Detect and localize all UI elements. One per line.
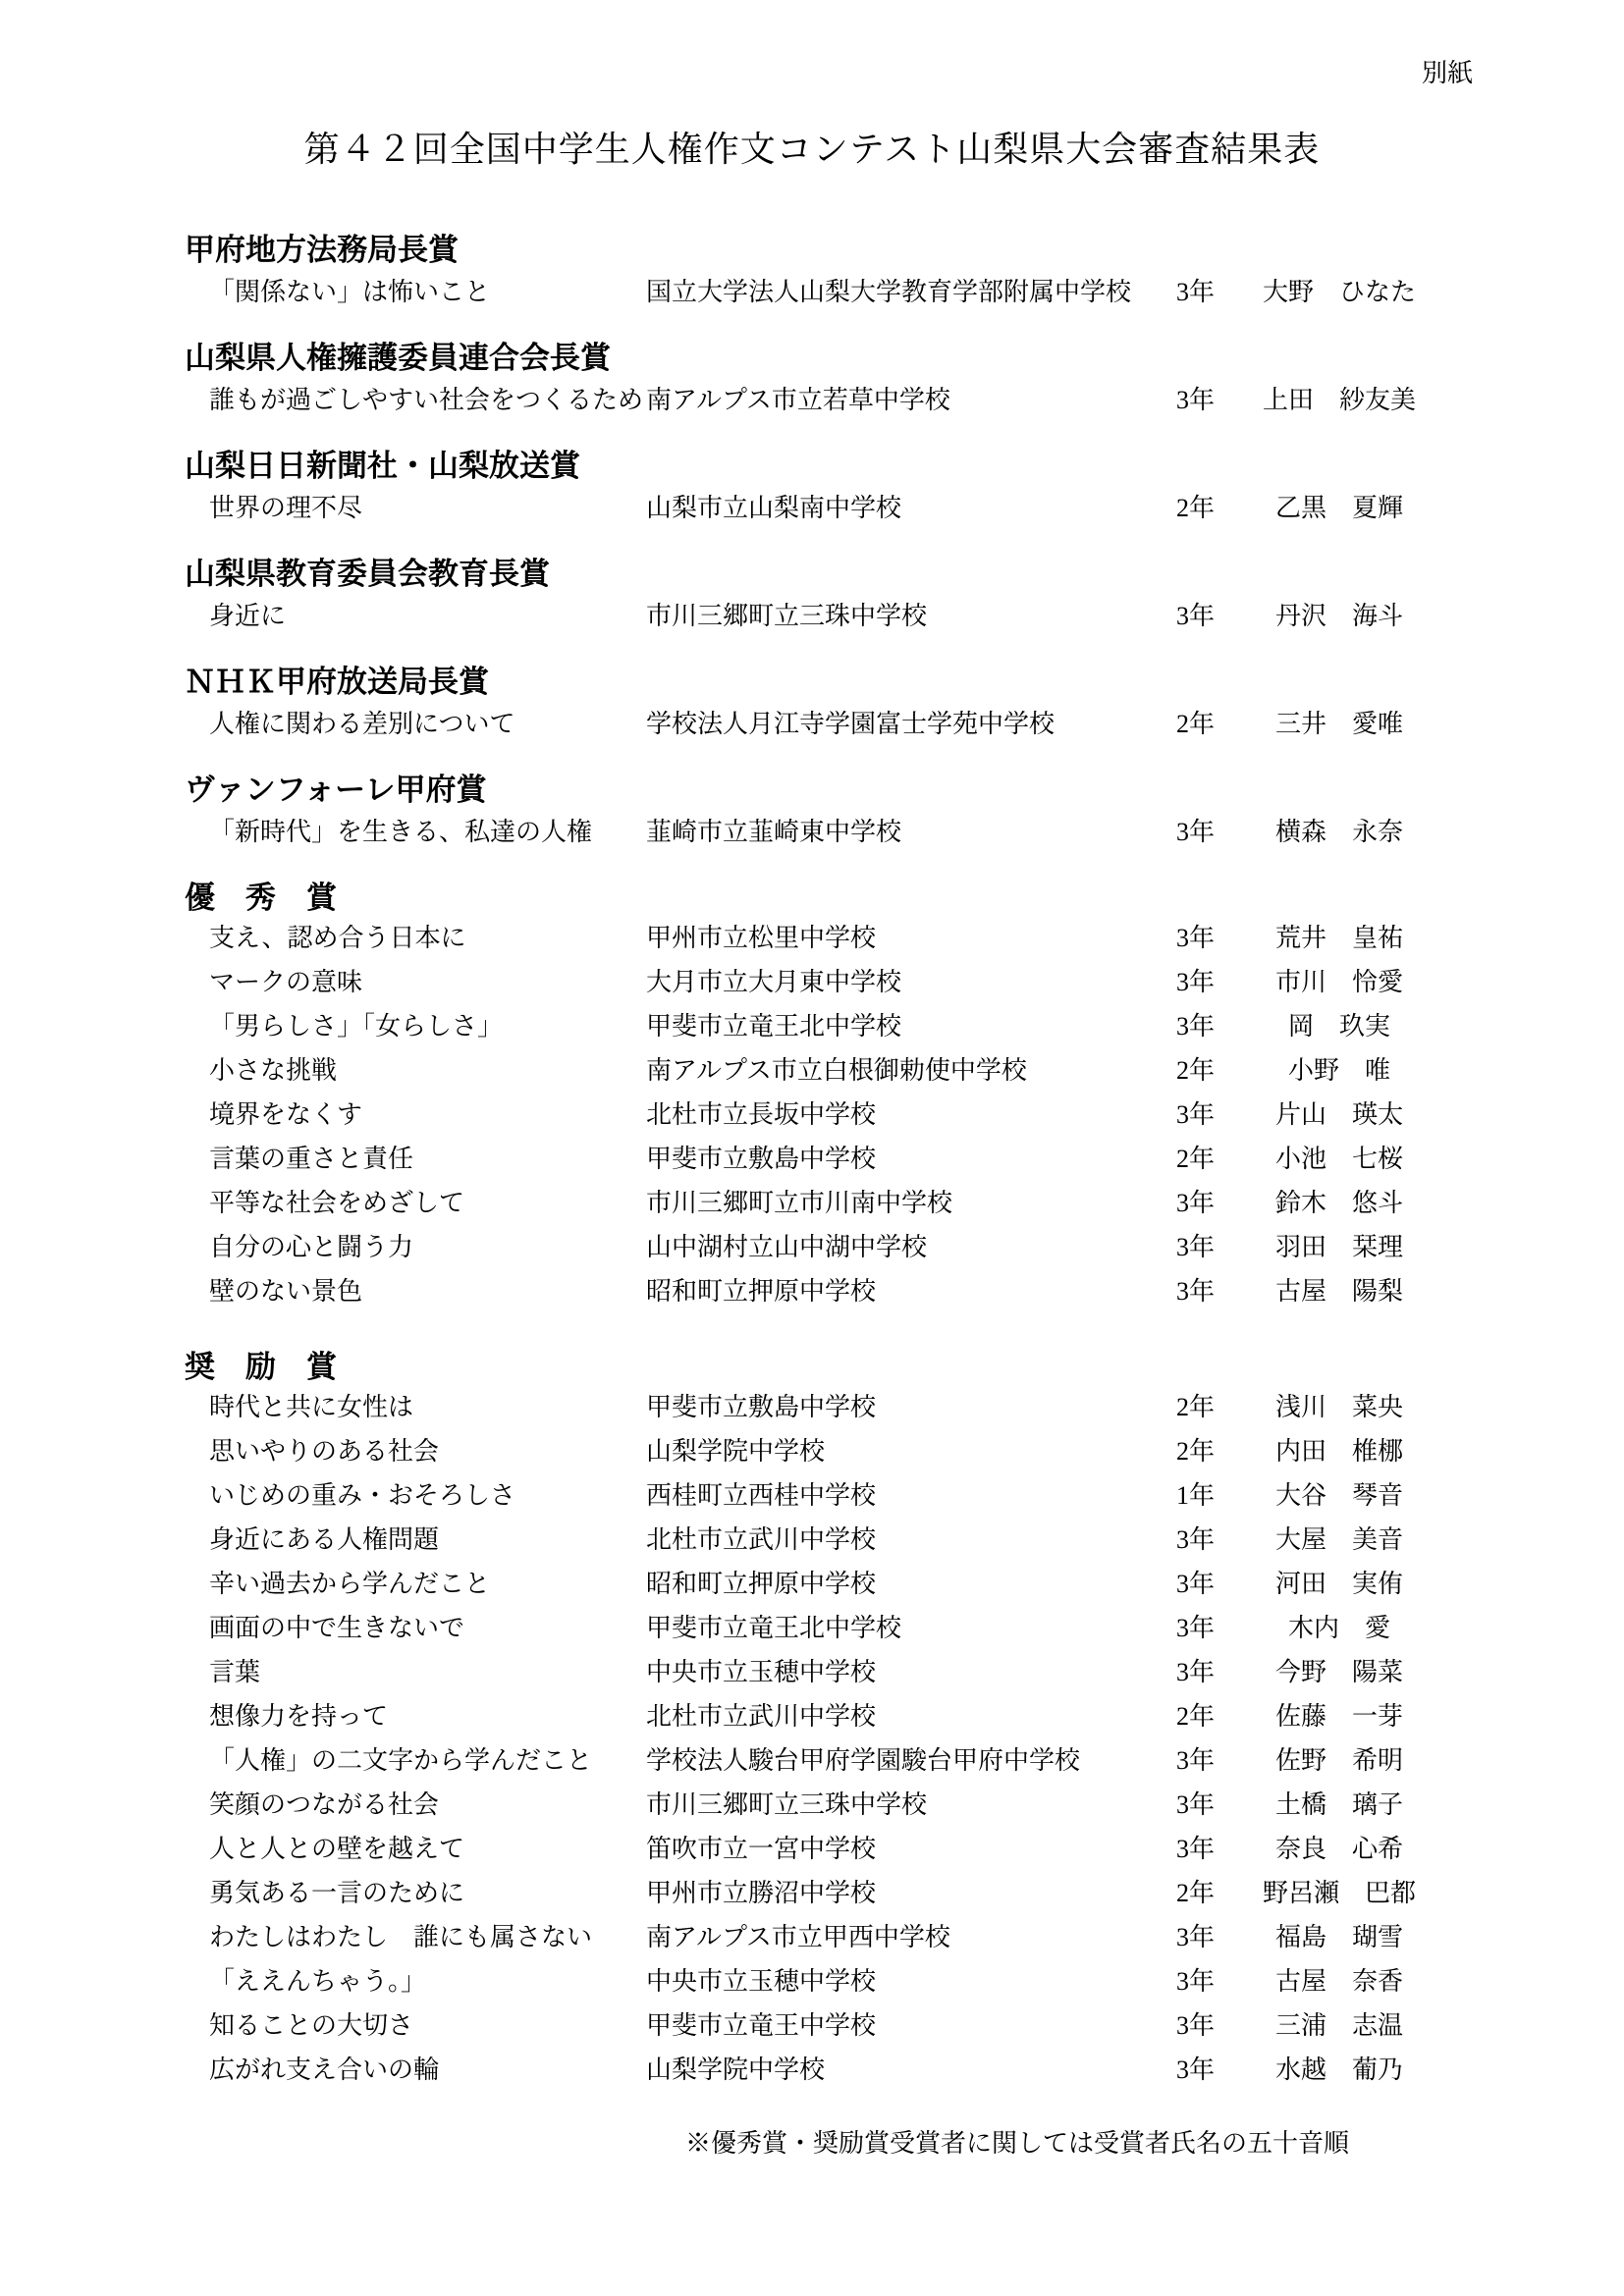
grade: 2年	[1176, 494, 1223, 523]
award-title: ＮＨＫ甲府放送局長賞	[0, 666, 1624, 699]
grade: 3年	[1176, 2056, 1223, 2085]
school-name: 甲斐市立竜王北中学校	[646, 1614, 1176, 1643]
school-name: 市川三郷町立市川南中学校	[646, 1189, 1176, 1218]
sections-container: 甲府地方法務局長賞 「関係ない」は怖いこと 国立大学法人山梨大学教育学部附属中学…	[0, 234, 1624, 2085]
essay-title: 画面の中で生きないで	[0, 1614, 646, 1643]
student-name: 奈良 心希	[1223, 1835, 1455, 1864]
entry-row: 時代と共に女性は 甲斐市立敷島中学校 2年 浅川 菜央	[0, 1393, 1624, 1422]
entry-row: 「男らしさ」「女らしさ」 甲斐市立竜王北中学校 3年 岡 玖実	[0, 1012, 1624, 1041]
school-name: 甲斐市立竜王北中学校	[646, 1012, 1176, 1041]
grade: 2年	[1176, 1056, 1223, 1086]
essay-title: 言葉の重さと責任	[0, 1145, 646, 1174]
school-name: 甲州市立勝沼中学校	[646, 1879, 1176, 1908]
essay-title: 境界をなくす	[0, 1100, 646, 1130]
grade: 2年	[1176, 1702, 1223, 1732]
essay-title: 「男らしさ」「女らしさ」	[0, 1012, 646, 1041]
school-name: 中央市立玉穂中学校	[646, 1967, 1176, 1997]
school-name: 甲州市立松里中学校	[646, 924, 1176, 953]
award-title: 優 秀 賞	[0, 881, 1624, 915]
school-name: 市川三郷町立三珠中学校	[646, 602, 1176, 631]
award-section: 甲府地方法務局長賞 「関係ない」は怖いこと 国立大学法人山梨大学教育学部附属中学…	[0, 234, 1624, 307]
award-title: 山梨日日新聞社・山梨放送賞	[0, 450, 1624, 483]
school-name: 南アルプス市立若草中学校	[646, 386, 1176, 415]
student-name: 佐野 希明	[1223, 1746, 1455, 1776]
grade: 3年	[1176, 1790, 1223, 1820]
essay-title: 自分の心と闘う力	[0, 1233, 646, 1262]
entry-row: 思いやりのある社会 山梨学院中学校 2年 内田 椎梛	[0, 1437, 1624, 1467]
student-name: 土橋 璃子	[1223, 1790, 1455, 1820]
entry-row: 「ええんちゃう。」 中央市立玉穂中学校 3年 古屋 奈香	[0, 1967, 1624, 1997]
school-name: 北杜市立武川中学校	[646, 1525, 1176, 1555]
student-name: 市川 怜愛	[1223, 968, 1455, 997]
grade: 3年	[1176, 602, 1223, 631]
entry-row: 小さな挑戦 南アルプス市立白根御勅使中学校 2年 小野 唯	[0, 1056, 1624, 1086]
grade: 2年	[1176, 710, 1223, 739]
essay-title: 小さな挑戦	[0, 1056, 646, 1086]
grade: 2年	[1176, 1879, 1223, 1908]
school-name: 昭和町立押原中学校	[646, 1277, 1176, 1307]
entry-row: 画面の中で生きないで 甲斐市立竜王北中学校 3年 木内 愛	[0, 1614, 1624, 1643]
school-name: 笛吹市立一宮中学校	[646, 1835, 1176, 1864]
entry-row: 知ることの大切さ 甲斐市立竜王中学校 3年 三浦 志温	[0, 2011, 1624, 2041]
student-name: 浅川 菜央	[1223, 1393, 1455, 1422]
student-name: 大谷 琴音	[1223, 1481, 1455, 1511]
student-name: 大屋 美音	[1223, 1525, 1455, 1555]
entry-row: 勇気ある一言のために 甲州市立勝沼中学校 2年 野呂瀬 巴都	[0, 1879, 1624, 1908]
essay-title: 誰もが過ごしやすい社会をつくるために	[0, 386, 646, 415]
essay-title: 知ることの大切さ	[0, 2011, 646, 2041]
grade: 3年	[1176, 1967, 1223, 1997]
entry-row: わたしはわたし 誰にも属さない 南アルプス市立甲西中学校 3年 福島 瑚雪	[0, 1923, 1624, 1952]
grade: 2年	[1176, 1393, 1223, 1422]
school-name: 山梨市立山梨南中学校	[646, 494, 1176, 523]
student-name: 上田 紗友美	[1223, 386, 1455, 415]
grade: 3年	[1176, 968, 1223, 997]
grade: 2年	[1176, 1437, 1223, 1467]
sheet-label: 別紙	[1422, 59, 1473, 88]
student-name: 古屋 陽梨	[1223, 1277, 1455, 1307]
student-name: 横森 永奈	[1223, 818, 1455, 847]
grade: 3年	[1176, 1189, 1223, 1218]
entry-row: 言葉の重さと責任 甲斐市立敷島中学校 2年 小池 七桜	[0, 1145, 1624, 1174]
school-name: 甲斐市立敷島中学校	[646, 1393, 1176, 1422]
school-name: 学校法人月江寺学園富士学苑中学校	[646, 710, 1176, 739]
entry-row: 支え、認め合う日本に 甲州市立松里中学校 3年 荒井 皇祐	[0, 924, 1624, 953]
school-name: 韮崎市立韮崎東中学校	[646, 818, 1176, 847]
essay-title: 「人権」の二文字から学んだこと	[0, 1746, 646, 1776]
essay-title: 言葉	[0, 1658, 646, 1687]
entry-row: 身近に 市川三郷町立三珠中学校 3年 丹沢 海斗	[0, 602, 1624, 631]
grade: 3年	[1176, 278, 1223, 307]
grade: 3年	[1176, 1233, 1223, 1262]
student-name: 今野 陽菜	[1223, 1658, 1455, 1687]
student-name: 三浦 志温	[1223, 2011, 1455, 2041]
school-name: 山中湖村立山中湖中学校	[646, 1233, 1176, 1262]
essay-title: 人と人との壁を越えて	[0, 1835, 646, 1864]
grade: 3年	[1176, 1746, 1223, 1776]
doc-title: 第４２回全国中学生人権作文コンテスト山梨県大会審査結果表	[0, 122, 1624, 172]
entry-row: 境界をなくす 北杜市立長坂中学校 3年 片山 瑛太	[0, 1100, 1624, 1130]
essay-title: 辛い過去から学んだこと	[0, 1570, 646, 1599]
entry-row: 「新時代」を生きる、私達の人権 韮崎市立韮崎東中学校 3年 横森 永奈	[0, 818, 1624, 847]
entry-row: 人権に関わる差別について 学校法人月江寺学園富士学苑中学校 2年 三井 愛唯	[0, 710, 1624, 739]
entry-row: 広がれ支え合いの輪 山梨学院中学校 3年 水越 葡乃	[0, 2056, 1624, 2085]
entry-row: 平等な社会をめざして 市川三郷町立市川南中学校 3年 鈴木 悠斗	[0, 1189, 1624, 1218]
essay-title: 思いやりのある社会	[0, 1437, 646, 1467]
entry-row: マークの意味 大月市立大月東中学校 3年 市川 怜愛	[0, 968, 1624, 997]
student-name: 小池 七桜	[1223, 1145, 1455, 1174]
entry-row: 「関係ない」は怖いこと 国立大学法人山梨大学教育学部附属中学校 3年 大野 ひな…	[0, 278, 1624, 307]
essay-title: わたしはわたし 誰にも属さない	[0, 1923, 646, 1952]
entry-row: いじめの重み・おそろしさ 西桂町立西桂中学校 1年 大谷 琴音	[0, 1481, 1624, 1511]
essay-title: 「新時代」を生きる、私達の人権	[0, 818, 646, 847]
essay-title: 人権に関わる差別について	[0, 710, 646, 739]
essay-title: 想像力を持って	[0, 1702, 646, 1732]
school-name: 市川三郷町立三珠中学校	[646, 1790, 1176, 1820]
student-name: 荒井 皇祐	[1223, 924, 1455, 953]
award-title: 甲府地方法務局長賞	[0, 234, 1624, 267]
grade: 3年	[1176, 1100, 1223, 1130]
essay-title: 広がれ支え合いの輪	[0, 2056, 646, 2085]
student-name: 内田 椎梛	[1223, 1437, 1455, 1467]
entry-row: 身近にある人権問題 北杜市立武川中学校 3年 大屋 美音	[0, 1525, 1624, 1555]
essay-title: 笑顔のつながる社会	[0, 1790, 646, 1820]
grade: 3年	[1176, 1277, 1223, 1307]
school-name: 昭和町立押原中学校	[646, 1570, 1176, 1599]
grade: 3年	[1176, 2011, 1223, 2041]
award-title: 山梨県人権擁護委員連合会長賞	[0, 342, 1624, 375]
student-name: 河田 実侑	[1223, 1570, 1455, 1599]
award-section: 山梨県人権擁護委員連合会長賞 誰もが過ごしやすい社会をつくるために 南アルプス市…	[0, 342, 1624, 415]
entry-row: 辛い過去から学んだこと 昭和町立押原中学校 3年 河田 実侑	[0, 1570, 1624, 1599]
student-name: 小野 唯	[1223, 1056, 1455, 1086]
footnote: ※優秀賞・奨励賞受賞者に関しては受賞者氏名の五十音順	[0, 2129, 1624, 2159]
award-section: ＮＨＫ甲府放送局長賞 人権に関わる差別について 学校法人月江寺学園富士学苑中学校…	[0, 666, 1624, 739]
essay-title: いじめの重み・おそろしさ	[0, 1481, 646, 1511]
award-section: 山梨日日新聞社・山梨放送賞 世界の理不尽 山梨市立山梨南中学校 2年 乙黒 夏輝	[0, 450, 1624, 523]
school-name: 西桂町立西桂中学校	[646, 1481, 1176, 1511]
grade: 3年	[1176, 386, 1223, 415]
school-name: 甲斐市立敷島中学校	[646, 1145, 1176, 1174]
student-name: 丹沢 海斗	[1223, 602, 1455, 631]
award-title: 山梨県教育委員会教育長賞	[0, 558, 1624, 591]
student-name: 片山 瑛太	[1223, 1100, 1455, 1130]
entry-row: 想像力を持って 北杜市立武川中学校 2年 佐藤 一芽	[0, 1702, 1624, 1732]
grade: 1年	[1176, 1481, 1223, 1511]
essay-title: 世界の理不尽	[0, 494, 646, 523]
grade: 3年	[1176, 924, 1223, 953]
essay-title: 壁のない景色	[0, 1277, 646, 1307]
student-name: 羽田 栞理	[1223, 1233, 1455, 1262]
essay-title: 支え、認め合う日本に	[0, 924, 646, 953]
school-name: 南アルプス市立甲西中学校	[646, 1923, 1176, 1952]
grade: 3年	[1176, 1012, 1223, 1041]
school-name: 山梨学院中学校	[646, 1437, 1176, 1467]
grade: 3年	[1176, 1570, 1223, 1599]
essay-title: 平等な社会をめざして	[0, 1189, 646, 1218]
award-list: 甲府地方法務局長賞 「関係ない」は怖いこと 国立大学法人山梨大学教育学部附属中学…	[0, 234, 1624, 2159]
award-title: 奨 励 賞	[0, 1351, 1624, 1384]
award-section: 奨 励 賞 時代と共に女性は 甲斐市立敷島中学校 2年 浅川 菜央 思いやりのあ…	[0, 1351, 1624, 2085]
school-name: 国立大学法人山梨大学教育学部附属中学校	[646, 278, 1176, 307]
student-name: 野呂瀬 巴都	[1223, 1879, 1455, 1908]
school-name: 山梨学院中学校	[646, 2056, 1176, 2085]
entry-row: 「人権」の二文字から学んだこと 学校法人駿台甲府学園駿台甲府中学校 3年 佐野 …	[0, 1746, 1624, 1776]
student-name: 大野 ひなた	[1223, 278, 1455, 307]
student-name: 三井 愛唯	[1223, 710, 1455, 739]
grade: 3年	[1176, 818, 1223, 847]
school-name: 北杜市立武川中学校	[646, 1702, 1176, 1732]
student-name: 木内 愛	[1223, 1614, 1455, 1643]
grade: 3年	[1176, 1658, 1223, 1687]
student-name: 鈴木 悠斗	[1223, 1189, 1455, 1218]
student-name: 古屋 奈香	[1223, 1967, 1455, 1997]
essay-title: 時代と共に女性は	[0, 1393, 646, 1422]
essay-title: 「関係ない」は怖いこと	[0, 278, 646, 307]
student-name: 岡 玖実	[1223, 1012, 1455, 1041]
grade: 3年	[1176, 1923, 1223, 1952]
school-name: 南アルプス市立白根御勅使中学校	[646, 1056, 1176, 1086]
essay-title: マークの意味	[0, 968, 646, 997]
school-name: 北杜市立長坂中学校	[646, 1100, 1176, 1130]
grade: 2年	[1176, 1145, 1223, 1174]
entry-row: 人と人との壁を越えて 笛吹市立一宮中学校 3年 奈良 心希	[0, 1835, 1624, 1864]
entry-row: 自分の心と闘う力 山中湖村立山中湖中学校 3年 羽田 栞理	[0, 1233, 1624, 1262]
school-name: 中央市立玉穂中学校	[646, 1658, 1176, 1687]
essay-title: 身近に	[0, 602, 646, 631]
entry-row: 誰もが過ごしやすい社会をつくるために 南アルプス市立若草中学校 3年 上田 紗友…	[0, 386, 1624, 415]
school-name: 甲斐市立竜王中学校	[646, 2011, 1176, 2041]
award-section: 優 秀 賞 支え、認め合う日本に 甲州市立松里中学校 3年 荒井 皇祐 マークの…	[0, 881, 1624, 1307]
grade: 3年	[1176, 1835, 1223, 1864]
entry-row: 言葉 中央市立玉穂中学校 3年 今野 陽菜	[0, 1658, 1624, 1687]
grade: 3年	[1176, 1614, 1223, 1643]
student-name: 乙黒 夏輝	[1223, 494, 1455, 523]
school-name: 大月市立大月東中学校	[646, 968, 1176, 997]
entry-row: 世界の理不尽 山梨市立山梨南中学校 2年 乙黒 夏輝	[0, 494, 1624, 523]
essay-title: 身近にある人権問題	[0, 1525, 646, 1555]
student-name: 佐藤 一芽	[1223, 1702, 1455, 1732]
student-name: 福島 瑚雪	[1223, 1923, 1455, 1952]
student-name: 水越 葡乃	[1223, 2056, 1455, 2085]
award-title: ヴァンフォーレ甲府賞	[0, 774, 1624, 807]
essay-title: 「ええんちゃう。」	[0, 1967, 646, 1997]
entry-row: 壁のない景色 昭和町立押原中学校 3年 古屋 陽梨	[0, 1277, 1624, 1307]
grade: 3年	[1176, 1525, 1223, 1555]
entry-row: 笑顔のつながる社会 市川三郷町立三珠中学校 3年 土橋 璃子	[0, 1790, 1624, 1820]
award-section: ヴァンフォーレ甲府賞 「新時代」を生きる、私達の人権 韮崎市立韮崎東中学校 3年…	[0, 774, 1624, 847]
essay-title: 勇気ある一言のために	[0, 1879, 646, 1908]
document-page: 別紙 第４２回全国中学生人権作文コンテスト山梨県大会審査結果表 甲府地方法務局長…	[0, 0, 1624, 2296]
award-section: 山梨県教育委員会教育長賞 身近に 市川三郷町立三珠中学校 3年 丹沢 海斗	[0, 558, 1624, 631]
school-name: 学校法人駿台甲府学園駿台甲府中学校	[646, 1746, 1176, 1776]
